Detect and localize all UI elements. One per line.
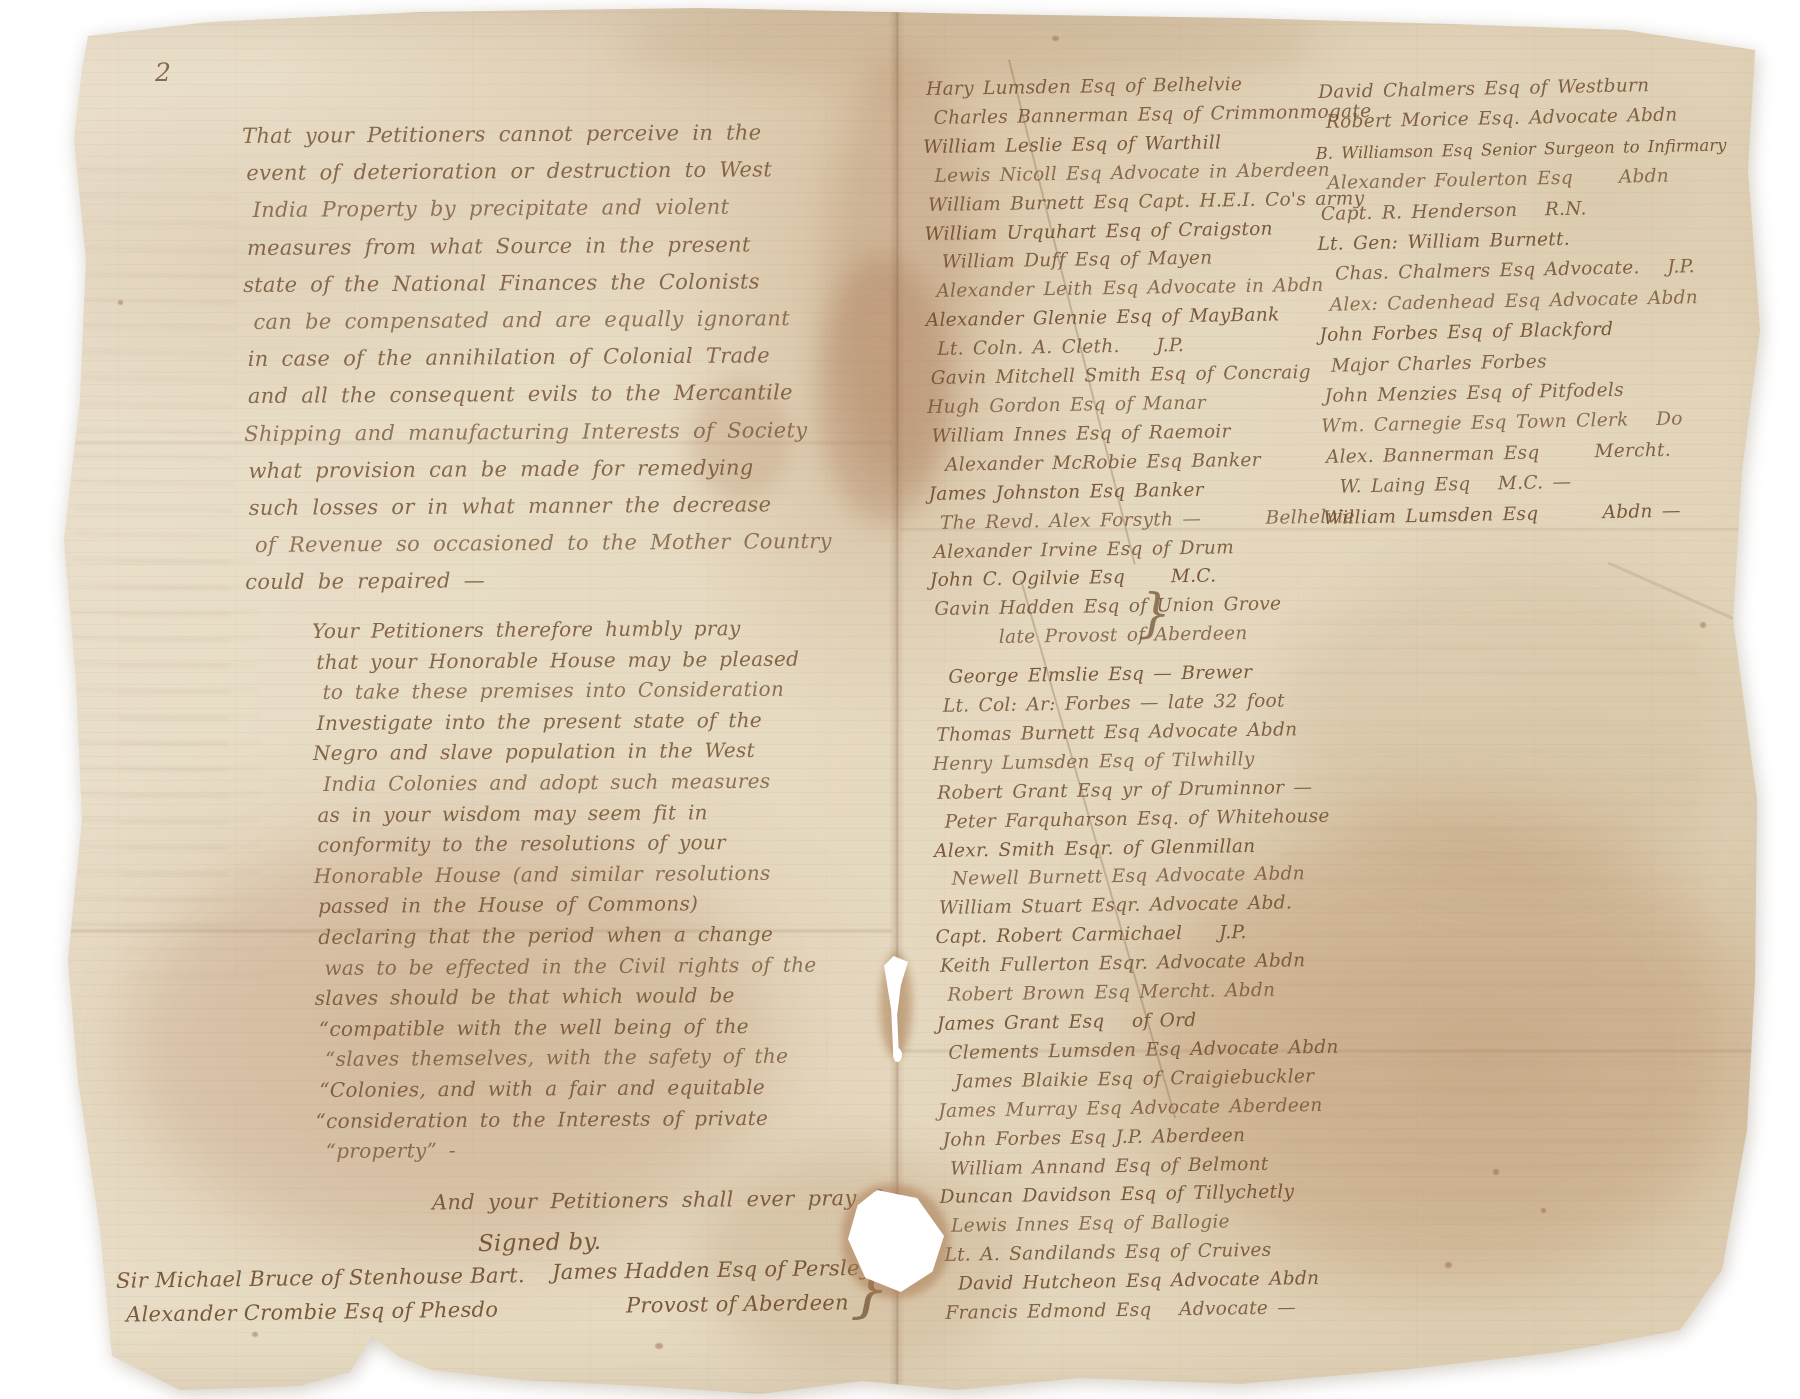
petition-line: Honorable House (and similar resolutions xyxy=(314,857,816,891)
petition-line: in case of the annihilation of Colonial … xyxy=(248,337,831,378)
fox-spot xyxy=(1052,36,1059,41)
photo-canvas: 2 That your Petitioners cannot perceive … xyxy=(0,0,1800,1399)
petition-line: passed in the House of Commons) xyxy=(318,888,816,922)
signatories-right-column: David Chalmers Esq of WestburnRobert Mor… xyxy=(1318,69,1734,534)
petition-line: state of the National Finances the Colon… xyxy=(243,263,830,304)
petition-line: and all the consequent evils to the Merc… xyxy=(248,374,831,415)
petition-line: conformity to the resolutions of your xyxy=(317,827,815,861)
petition-line: declaring that the period when a change xyxy=(318,918,816,952)
petition-line: “property” - xyxy=(326,1133,818,1167)
petition-line: measures from what Source in the present xyxy=(247,226,830,267)
petition-line: “consideration to the Interests of priva… xyxy=(315,1102,817,1136)
bleed-through-left-margin xyxy=(65,169,238,932)
page-number: 2 xyxy=(155,58,171,87)
signature-hadden: James Hadden Esq of Persley xyxy=(552,1256,872,1284)
provost-brace: } xyxy=(1138,584,1171,644)
petition-line: could be repaired — xyxy=(245,560,832,601)
fox-spot xyxy=(1700,622,1706,628)
paper-sheet: 2 That your Petitioners cannot perceive … xyxy=(0,0,1800,1399)
signed-by-label: Signed by. xyxy=(478,1229,602,1257)
fox-spot xyxy=(1541,1208,1546,1213)
petition-paragraph-1: That your Petitioners cannot perceive in… xyxy=(246,114,832,602)
fox-spot xyxy=(655,1343,663,1349)
petition-line: “Colonies, and with a fair and equitable xyxy=(319,1071,817,1105)
closing-prayer-line: And your Petitioners shall ever pray &c xyxy=(432,1186,901,1215)
signatory-line: Francis Edmond Esq Advocate — xyxy=(945,1293,1390,1329)
petition-line: Your Petitioners therefore humbly pray xyxy=(312,613,814,647)
signature-provost: Provost of Aberdeen xyxy=(626,1290,849,1317)
signature-bruce: Sir Michael Bruce of Stenhouse Bart. xyxy=(116,1263,525,1293)
petition-line: event of deterioration or destruction to… xyxy=(246,151,829,192)
petition-line: slaves should be that which would be xyxy=(315,980,817,1014)
petition-line: that your Honorable House may be pleased xyxy=(316,643,814,677)
petition-line: That your Petitioners cannot perceive in… xyxy=(242,114,829,155)
petition-line: of Revenue so occasioned to the Mother C… xyxy=(255,523,832,564)
petition-line: what provision can be made for remedying xyxy=(248,449,831,490)
petition-line: such losses or in what manner the decrea… xyxy=(249,486,832,527)
petition-line: “compatible with the well being of the xyxy=(319,1010,817,1044)
manuscript-paper: 2 That your Petitioners cannot perceive … xyxy=(0,0,1800,1399)
petition-line: India Colonies and adopt such measures xyxy=(323,765,815,799)
fox-spot xyxy=(118,300,123,305)
paper-hole-dot xyxy=(893,1048,902,1062)
signatory-line: late Provost of Aberdeen xyxy=(999,618,1380,653)
fox-spot xyxy=(252,1332,258,1337)
right-edge-fold xyxy=(1608,561,1783,641)
bleed-through-left-lower xyxy=(116,559,263,981)
fox-spot xyxy=(1493,1169,1499,1175)
petition-line: “slaves themselves, with the safety of t… xyxy=(325,1041,817,1075)
fox-spot xyxy=(1445,1262,1452,1268)
petition-line: India Property by precipitate and violen… xyxy=(253,188,830,229)
petition-line: to take these premises into Consideratio… xyxy=(322,674,814,708)
petition-line: can be compensated and are equally ignor… xyxy=(253,300,830,341)
petition-line: Shipping and manufacturing Interests of … xyxy=(244,412,831,453)
petition-line: as in your wisdom may seem fit in xyxy=(317,796,815,830)
petition-line: Investigate into the present state of th… xyxy=(317,704,815,738)
petition-line: Negro and slave population in the West xyxy=(313,735,815,769)
petition-line: was to be effected in the Civil rights o… xyxy=(324,949,816,983)
petition-paragraph-2: Your Petitioners therefore humbly prayth… xyxy=(316,613,818,1167)
signature-crombie: Alexander Crombie Esq of Phesdo xyxy=(126,1297,499,1326)
